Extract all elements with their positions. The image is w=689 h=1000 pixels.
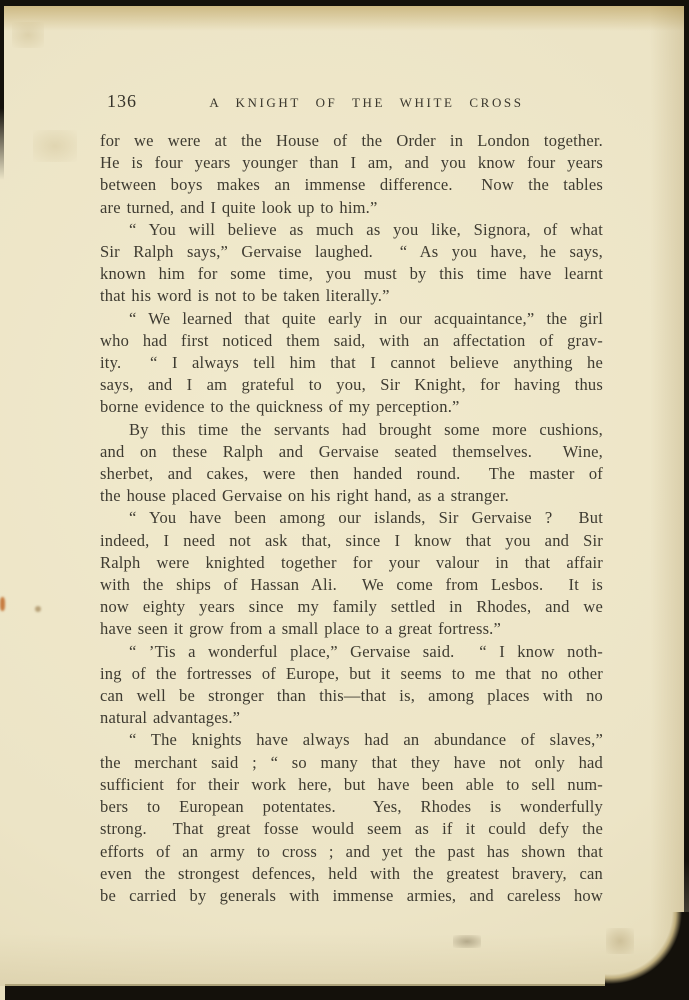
book-page-scan: 136 A KNIGHT OF THE WHITE CROSS for we w…: [0, 0, 689, 1000]
text-line: natural advantages.”: [100, 707, 603, 729]
scan-corner-bottom-right: [605, 912, 689, 1000]
paragraph: “ ’Tis a wonderful place,” Gervaise said…: [100, 641, 603, 730]
text-line: “ ’Tis a wonderful place,” Gervaise said…: [100, 641, 603, 663]
paper-smudge: [453, 935, 481, 948]
paragraph: for we were at the House of the Order in…: [100, 130, 603, 219]
text-line: By this time the servants had brought so…: [100, 419, 603, 441]
text-line: borne evidence to the quickness of my pe…: [100, 396, 603, 418]
text-line: Ralph were knighted together for your va…: [100, 552, 603, 574]
paragraph: “ You have been among our islands, Sir G…: [100, 507, 603, 640]
text-line: and on these Ralph and Gervaise seated t…: [100, 441, 603, 463]
text-line: now eighty years since my family settled…: [100, 596, 603, 618]
scan-edge-right: [684, 0, 689, 1000]
text-line: can well be stronger than this—that is, …: [100, 685, 603, 707]
scan-edge-left: [0, 0, 4, 180]
text-line: “ The knights have always had an abundan…: [100, 729, 603, 751]
text-line: for we were at the House of the Order in…: [100, 130, 603, 152]
text-line: sufficient for their work here, but have…: [100, 774, 603, 796]
scan-edge-top: [0, 0, 689, 6]
running-title: A KNIGHT OF THE WHITE CROSS: [130, 95, 603, 111]
paper-stain: [33, 130, 77, 162]
text-line: ity. “ I always tell him that I cannot b…: [100, 352, 603, 374]
text-line: efforts of an army to cross ; and yet th…: [100, 841, 603, 863]
page-bottom-shading: [0, 934, 689, 986]
text-line: says, and I am grateful to you, Sir Knig…: [100, 374, 603, 396]
text-line: Sir Ralph says,” Gervaise laughed. “ As …: [100, 241, 603, 263]
paragraph: By this time the servants had brought so…: [100, 419, 603, 508]
text-line: the merchant said ; “ so many that they …: [100, 752, 603, 774]
text-line: strong. That great fosse would seem as i…: [100, 818, 603, 840]
text-line: with the ships of Hassan Ali. We come fr…: [100, 574, 603, 596]
text-line: be carried by generals with immense armi…: [100, 885, 603, 907]
text-line: sherbet, and cakes, were then handed rou…: [100, 463, 603, 485]
text-line: “ You have been among our islands, Sir G…: [100, 507, 603, 529]
text-line: between boys makes an immense difference…: [100, 174, 603, 196]
page-right-shading: [650, 6, 684, 986]
paper-mark: [0, 597, 5, 611]
text-line: He is four years younger than I am, and …: [100, 152, 603, 174]
text-line: “ We learned that quite early in our acq…: [100, 308, 603, 330]
paragraph: “ We learned that quite early in our acq…: [100, 308, 603, 419]
page-header: 136 A KNIGHT OF THE WHITE CROSS: [100, 91, 603, 113]
text-line: the house placed Gervaise on his right h…: [100, 485, 603, 507]
text-line: are turned, and I quite look up to him.”: [100, 197, 603, 219]
paragraph: “ You will believe as much as you like, …: [100, 219, 603, 308]
text-line: ing of the fortresses of Europe, but it …: [100, 663, 603, 685]
text-line: “ You will believe as much as you like, …: [100, 219, 603, 241]
page-top-shading: [0, 5, 689, 31]
paragraph: “ The knights have always had an abundan…: [100, 729, 603, 907]
text-line: known him for some time, you must by thi…: [100, 263, 603, 285]
text-block: for we were at the House of the Order in…: [100, 130, 603, 907]
scan-edge-bottom: [5, 986, 689, 1000]
text-line: who had first noticed them said, with an…: [100, 330, 603, 352]
text-line: indeed, I need not ask that, since I kno…: [100, 530, 603, 552]
text-line: bers to European potentates. Yes, Rhodes…: [100, 796, 603, 818]
text-line: even the strongest defences, held with t…: [100, 863, 603, 885]
text-line: that his word is not to be taken literal…: [100, 285, 603, 307]
text-line: have seen it grow from a small place to …: [100, 618, 603, 640]
paper-stain: [35, 606, 41, 612]
paper-stain: [12, 22, 44, 48]
